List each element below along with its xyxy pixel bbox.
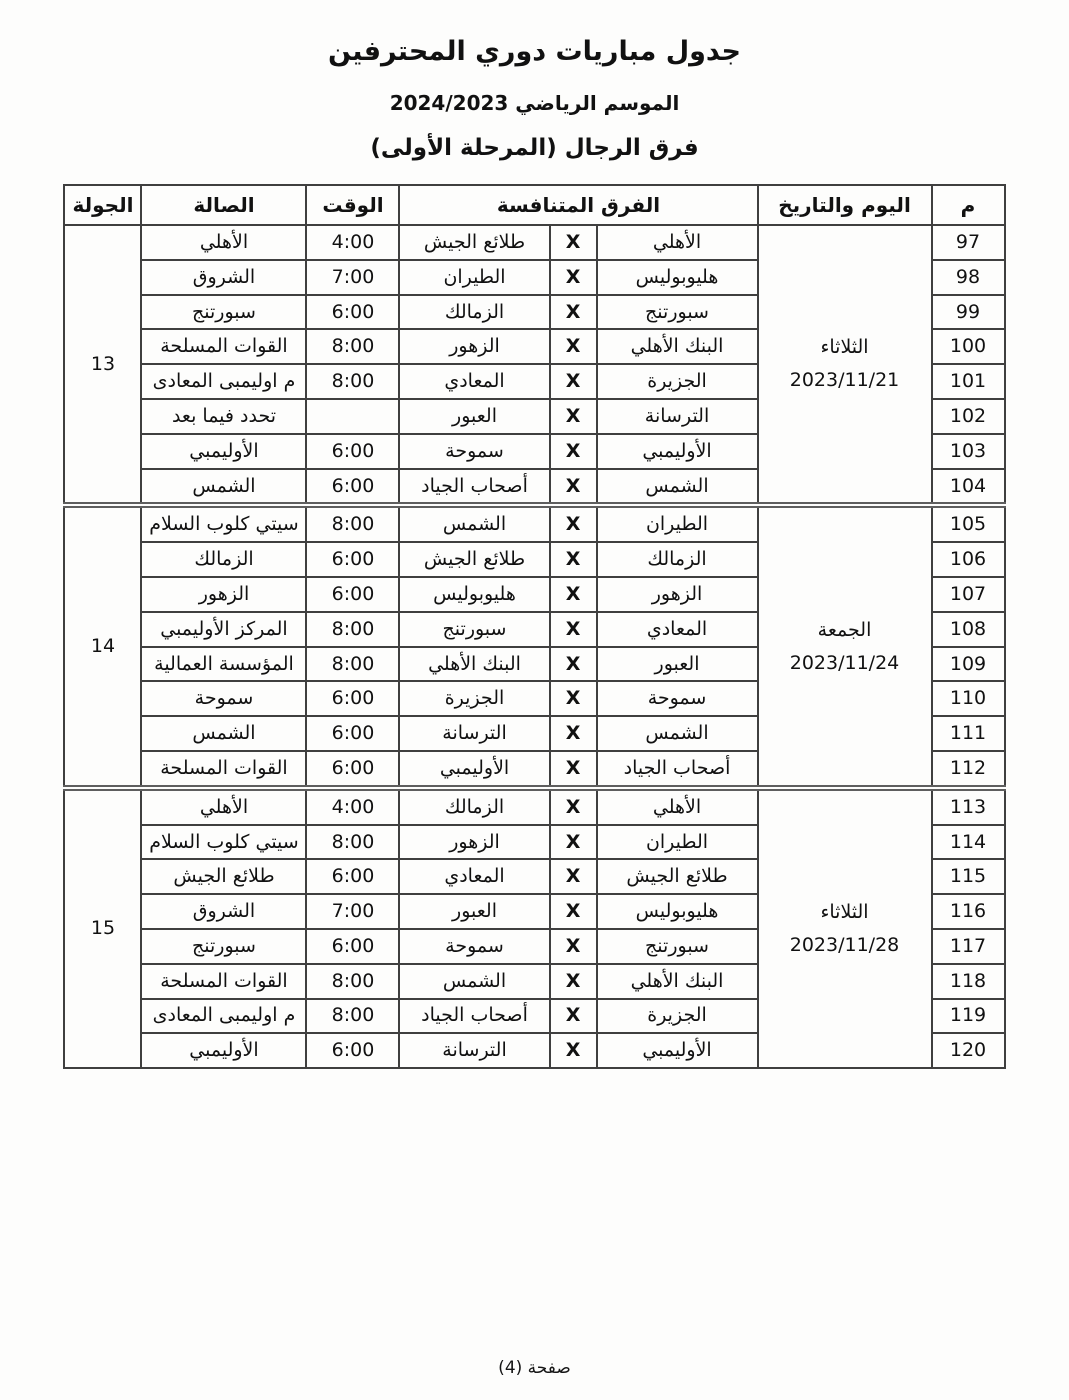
header-round: الجولة xyxy=(64,185,141,225)
vs-cell: X xyxy=(550,225,597,260)
match-number-cell: 108 xyxy=(932,612,1005,647)
hall-cell: سبورتنج xyxy=(141,295,306,330)
time-cell: 7:00 xyxy=(306,260,399,295)
date-value: 2023/11/28 xyxy=(763,935,927,956)
vs-cell: X xyxy=(550,364,597,399)
team-away-cell: طلائع الجيش xyxy=(399,542,549,577)
time-cell: 8:00 xyxy=(306,825,399,860)
team-home-cell: الشمس xyxy=(597,469,758,506)
team-home-cell: الطيران xyxy=(597,825,758,860)
doc-title: جدول مباريات دوري المحترفين xyxy=(0,0,1069,67)
team-away-cell: الزهور xyxy=(399,825,549,860)
header-day-date: اليوم والتاريخ xyxy=(758,185,932,225)
team-home-cell: الترسانة xyxy=(597,399,758,434)
team-home-cell: الجزيرة xyxy=(597,364,758,399)
hall-cell: الأهلي xyxy=(141,225,306,260)
vs-cell: X xyxy=(550,612,597,647)
time-cell: 8:00 xyxy=(306,329,399,364)
team-away-cell: الطيران xyxy=(399,260,549,295)
time-cell: 6:00 xyxy=(306,929,399,964)
team-home-cell: سبورتنج xyxy=(597,295,758,330)
day-date-cell: الثلاثاء2023/11/21 xyxy=(758,225,932,505)
hall-cell: المؤسسة العمالية xyxy=(141,647,306,682)
time-cell: 6:00 xyxy=(306,295,399,330)
time-cell: 8:00 xyxy=(306,505,399,542)
hall-cell: القوات المسلحة xyxy=(141,964,306,999)
match-number-cell: 101 xyxy=(932,364,1005,399)
match-number-cell: 116 xyxy=(932,894,1005,929)
vs-cell: X xyxy=(550,542,597,577)
hall-cell: الزهور xyxy=(141,577,306,612)
team-away-cell: المعادي xyxy=(399,859,549,894)
time-cell: 8:00 xyxy=(306,364,399,399)
day-name: الثلاثاء xyxy=(763,337,927,358)
match-number-cell: 114 xyxy=(932,825,1005,860)
time-cell: 6:00 xyxy=(306,434,399,469)
team-home-cell: الزمالك xyxy=(597,542,758,577)
vs-cell: X xyxy=(550,505,597,542)
vs-cell: X xyxy=(550,295,597,330)
match-number-cell: 113 xyxy=(932,788,1005,825)
vs-cell: X xyxy=(550,434,597,469)
match-number-cell: 118 xyxy=(932,964,1005,999)
team-away-cell: أصحاب الجياد xyxy=(399,469,549,506)
hall-cell: سيتي كلوب السلام xyxy=(141,825,306,860)
team-home-cell: الأوليمبي xyxy=(597,1033,758,1068)
match-number-cell: 107 xyxy=(932,577,1005,612)
team-home-cell: أصحاب الجياد xyxy=(597,751,758,788)
team-home-cell: الطيران xyxy=(597,505,758,542)
time-cell: 4:00 xyxy=(306,225,399,260)
time-cell: 6:00 xyxy=(306,577,399,612)
team-home-cell: طلائع الجيش xyxy=(597,859,758,894)
schedule-table: م اليوم والتاريخ الفرق المتنافسة الوقت ا… xyxy=(63,184,1005,1069)
doc-stage: فرق الرجال (المرحلة الأولى) xyxy=(0,115,1069,161)
team-home-cell: الأهلي xyxy=(597,225,758,260)
day-name: الجمعة xyxy=(763,620,927,641)
vs-cell: X xyxy=(550,999,597,1034)
team-away-cell: الزهور xyxy=(399,329,549,364)
date-value: 2023/11/24 xyxy=(763,653,927,674)
vs-cell: X xyxy=(550,1033,597,1068)
hall-cell: م اوليمبى المعادى xyxy=(141,999,306,1034)
hall-cell: م اوليمبى المعادى xyxy=(141,364,306,399)
team-home-cell: هليوبوليس xyxy=(597,894,758,929)
schedule-body: 97الثلاثاء2023/11/21الأهليXطلائع الجيش4:… xyxy=(64,225,1004,1068)
time-cell: 6:00 xyxy=(306,716,399,751)
time-cell: 8:00 xyxy=(306,999,399,1034)
vs-cell: X xyxy=(550,929,597,964)
vs-cell: X xyxy=(550,964,597,999)
time-cell: 7:00 xyxy=(306,894,399,929)
vs-cell: X xyxy=(550,681,597,716)
match-number-cell: 119 xyxy=(932,999,1005,1034)
header-num: م xyxy=(932,185,1005,225)
time-cell: 8:00 xyxy=(306,964,399,999)
match-number-cell: 105 xyxy=(932,505,1005,542)
hall-cell: الزمالك xyxy=(141,542,306,577)
team-home-cell: البنك الأهلي xyxy=(597,329,758,364)
team-home-cell: سبورتنج xyxy=(597,929,758,964)
team-away-cell: العبور xyxy=(399,399,549,434)
team-away-cell: طلائع الجيش xyxy=(399,225,549,260)
match-row: 105الجمعة2023/11/24الطيرانXالشمس8:00سيتي… xyxy=(64,505,1004,542)
team-away-cell: أصحاب الجياد xyxy=(399,999,549,1034)
hall-cell: المركز الأوليمبي xyxy=(141,612,306,647)
vs-cell: X xyxy=(550,894,597,929)
round-cell: 15 xyxy=(64,788,141,1068)
team-home-cell: المعادي xyxy=(597,612,758,647)
hall-cell: سموحة xyxy=(141,681,306,716)
team-away-cell: المعادي xyxy=(399,364,549,399)
match-number-cell: 103 xyxy=(932,434,1005,469)
team-away-cell: سموحة xyxy=(399,929,549,964)
team-away-cell: البنك الأهلي xyxy=(399,647,549,682)
page-number: صفحة (4) xyxy=(0,1358,1069,1378)
day-date-cell: الثلاثاء2023/11/28 xyxy=(758,788,932,1068)
match-number-cell: 120 xyxy=(932,1033,1005,1068)
vs-cell: X xyxy=(550,399,597,434)
hall-cell: الأوليمبي xyxy=(141,434,306,469)
team-away-cell: الترسانة xyxy=(399,716,549,751)
doc-season: الموسم الرياضي 2024/2023 xyxy=(0,67,1069,115)
team-away-cell: الزمالك xyxy=(399,295,549,330)
header-time: الوقت xyxy=(306,185,399,225)
header-teams: الفرق المتنافسة xyxy=(399,185,757,225)
match-number-cell: 97 xyxy=(932,225,1005,260)
match-number-cell: 110 xyxy=(932,681,1005,716)
hall-cell: القوات المسلحة xyxy=(141,751,306,788)
hall-cell: الشروق xyxy=(141,894,306,929)
hall-cell: الشمس xyxy=(141,716,306,751)
vs-cell: X xyxy=(550,825,597,860)
team-away-cell: العبور xyxy=(399,894,549,929)
match-row: 113الثلاثاء2023/11/28الأهليXالزمالك4:00ا… xyxy=(64,788,1004,825)
team-home-cell: هليوبوليس xyxy=(597,260,758,295)
team-away-cell: الشمس xyxy=(399,964,549,999)
hall-cell: الأهلي xyxy=(141,788,306,825)
hall-cell: الأوليمبي xyxy=(141,1033,306,1068)
vs-cell: X xyxy=(550,859,597,894)
team-home-cell: العبور xyxy=(597,647,758,682)
time-cell: 6:00 xyxy=(306,859,399,894)
team-home-cell: سموحة xyxy=(597,681,758,716)
hall-cell: طلائع الجيش xyxy=(141,859,306,894)
hall-cell: القوات المسلحة xyxy=(141,329,306,364)
header-hall: الصالة xyxy=(141,185,306,225)
match-number-cell: 104 xyxy=(932,469,1005,506)
hall-cell: سيتي كلوب السلام xyxy=(141,505,306,542)
match-number-cell: 99 xyxy=(932,295,1005,330)
match-number-cell: 98 xyxy=(932,260,1005,295)
vs-cell: X xyxy=(550,577,597,612)
time-cell: 8:00 xyxy=(306,647,399,682)
time-cell: 4:00 xyxy=(306,788,399,825)
hall-cell: سبورتنج xyxy=(141,929,306,964)
vs-cell: X xyxy=(550,788,597,825)
team-away-cell: الأوليمبي xyxy=(399,751,549,788)
team-away-cell: سبورتنج xyxy=(399,612,549,647)
match-number-cell: 109 xyxy=(932,647,1005,682)
team-away-cell: سموحة xyxy=(399,434,549,469)
team-home-cell: الأهلي xyxy=(597,788,758,825)
vs-cell: X xyxy=(550,329,597,364)
team-home-cell: البنك الأهلي xyxy=(597,964,758,999)
match-number-cell: 106 xyxy=(932,542,1005,577)
team-away-cell: الجزيرة xyxy=(399,681,549,716)
hall-cell: الشمس xyxy=(141,469,306,506)
time-cell: 8:00 xyxy=(306,612,399,647)
match-number-cell: 117 xyxy=(932,929,1005,964)
hall-cell: الشروق xyxy=(141,260,306,295)
match-number-cell: 111 xyxy=(932,716,1005,751)
time-cell: 6:00 xyxy=(306,751,399,788)
match-number-cell: 100 xyxy=(932,329,1005,364)
round-cell: 14 xyxy=(64,505,141,787)
document-page: جدول مباريات دوري المحترفين الموسم الريا… xyxy=(0,0,1069,1400)
time-cell xyxy=(306,399,399,434)
vs-cell: X xyxy=(550,469,597,506)
vs-cell: X xyxy=(550,716,597,751)
hall-cell: تحدد فيما بعد xyxy=(141,399,306,434)
team-home-cell: الشمس xyxy=(597,716,758,751)
vs-cell: X xyxy=(550,260,597,295)
team-away-cell: الشمس xyxy=(399,505,549,542)
team-away-cell: هليوبوليس xyxy=(399,577,549,612)
date-value: 2023/11/21 xyxy=(763,370,927,391)
time-cell: 6:00 xyxy=(306,542,399,577)
round-cell: 13 xyxy=(64,225,141,505)
day-date-cell: الجمعة2023/11/24 xyxy=(758,505,932,787)
vs-cell: X xyxy=(550,647,597,682)
time-cell: 6:00 xyxy=(306,469,399,506)
match-number-cell: 112 xyxy=(932,751,1005,788)
team-home-cell: الجزيرة xyxy=(597,999,758,1034)
team-home-cell: الأوليمبي xyxy=(597,434,758,469)
team-home-cell: الزهور xyxy=(597,577,758,612)
match-number-cell: 102 xyxy=(932,399,1005,434)
match-number-cell: 115 xyxy=(932,859,1005,894)
header-row: م اليوم والتاريخ الفرق المتنافسة الوقت ا… xyxy=(64,185,1004,225)
team-away-cell: الترسانة xyxy=(399,1033,549,1068)
time-cell: 6:00 xyxy=(306,681,399,716)
match-row: 97الثلاثاء2023/11/21الأهليXطلائع الجيش4:… xyxy=(64,225,1004,260)
title-block: جدول مباريات دوري المحترفين الموسم الريا… xyxy=(0,0,1069,161)
time-cell: 6:00 xyxy=(306,1033,399,1068)
vs-cell: X xyxy=(550,751,597,788)
day-name: الثلاثاء xyxy=(763,902,927,923)
team-away-cell: الزمالك xyxy=(399,788,549,825)
